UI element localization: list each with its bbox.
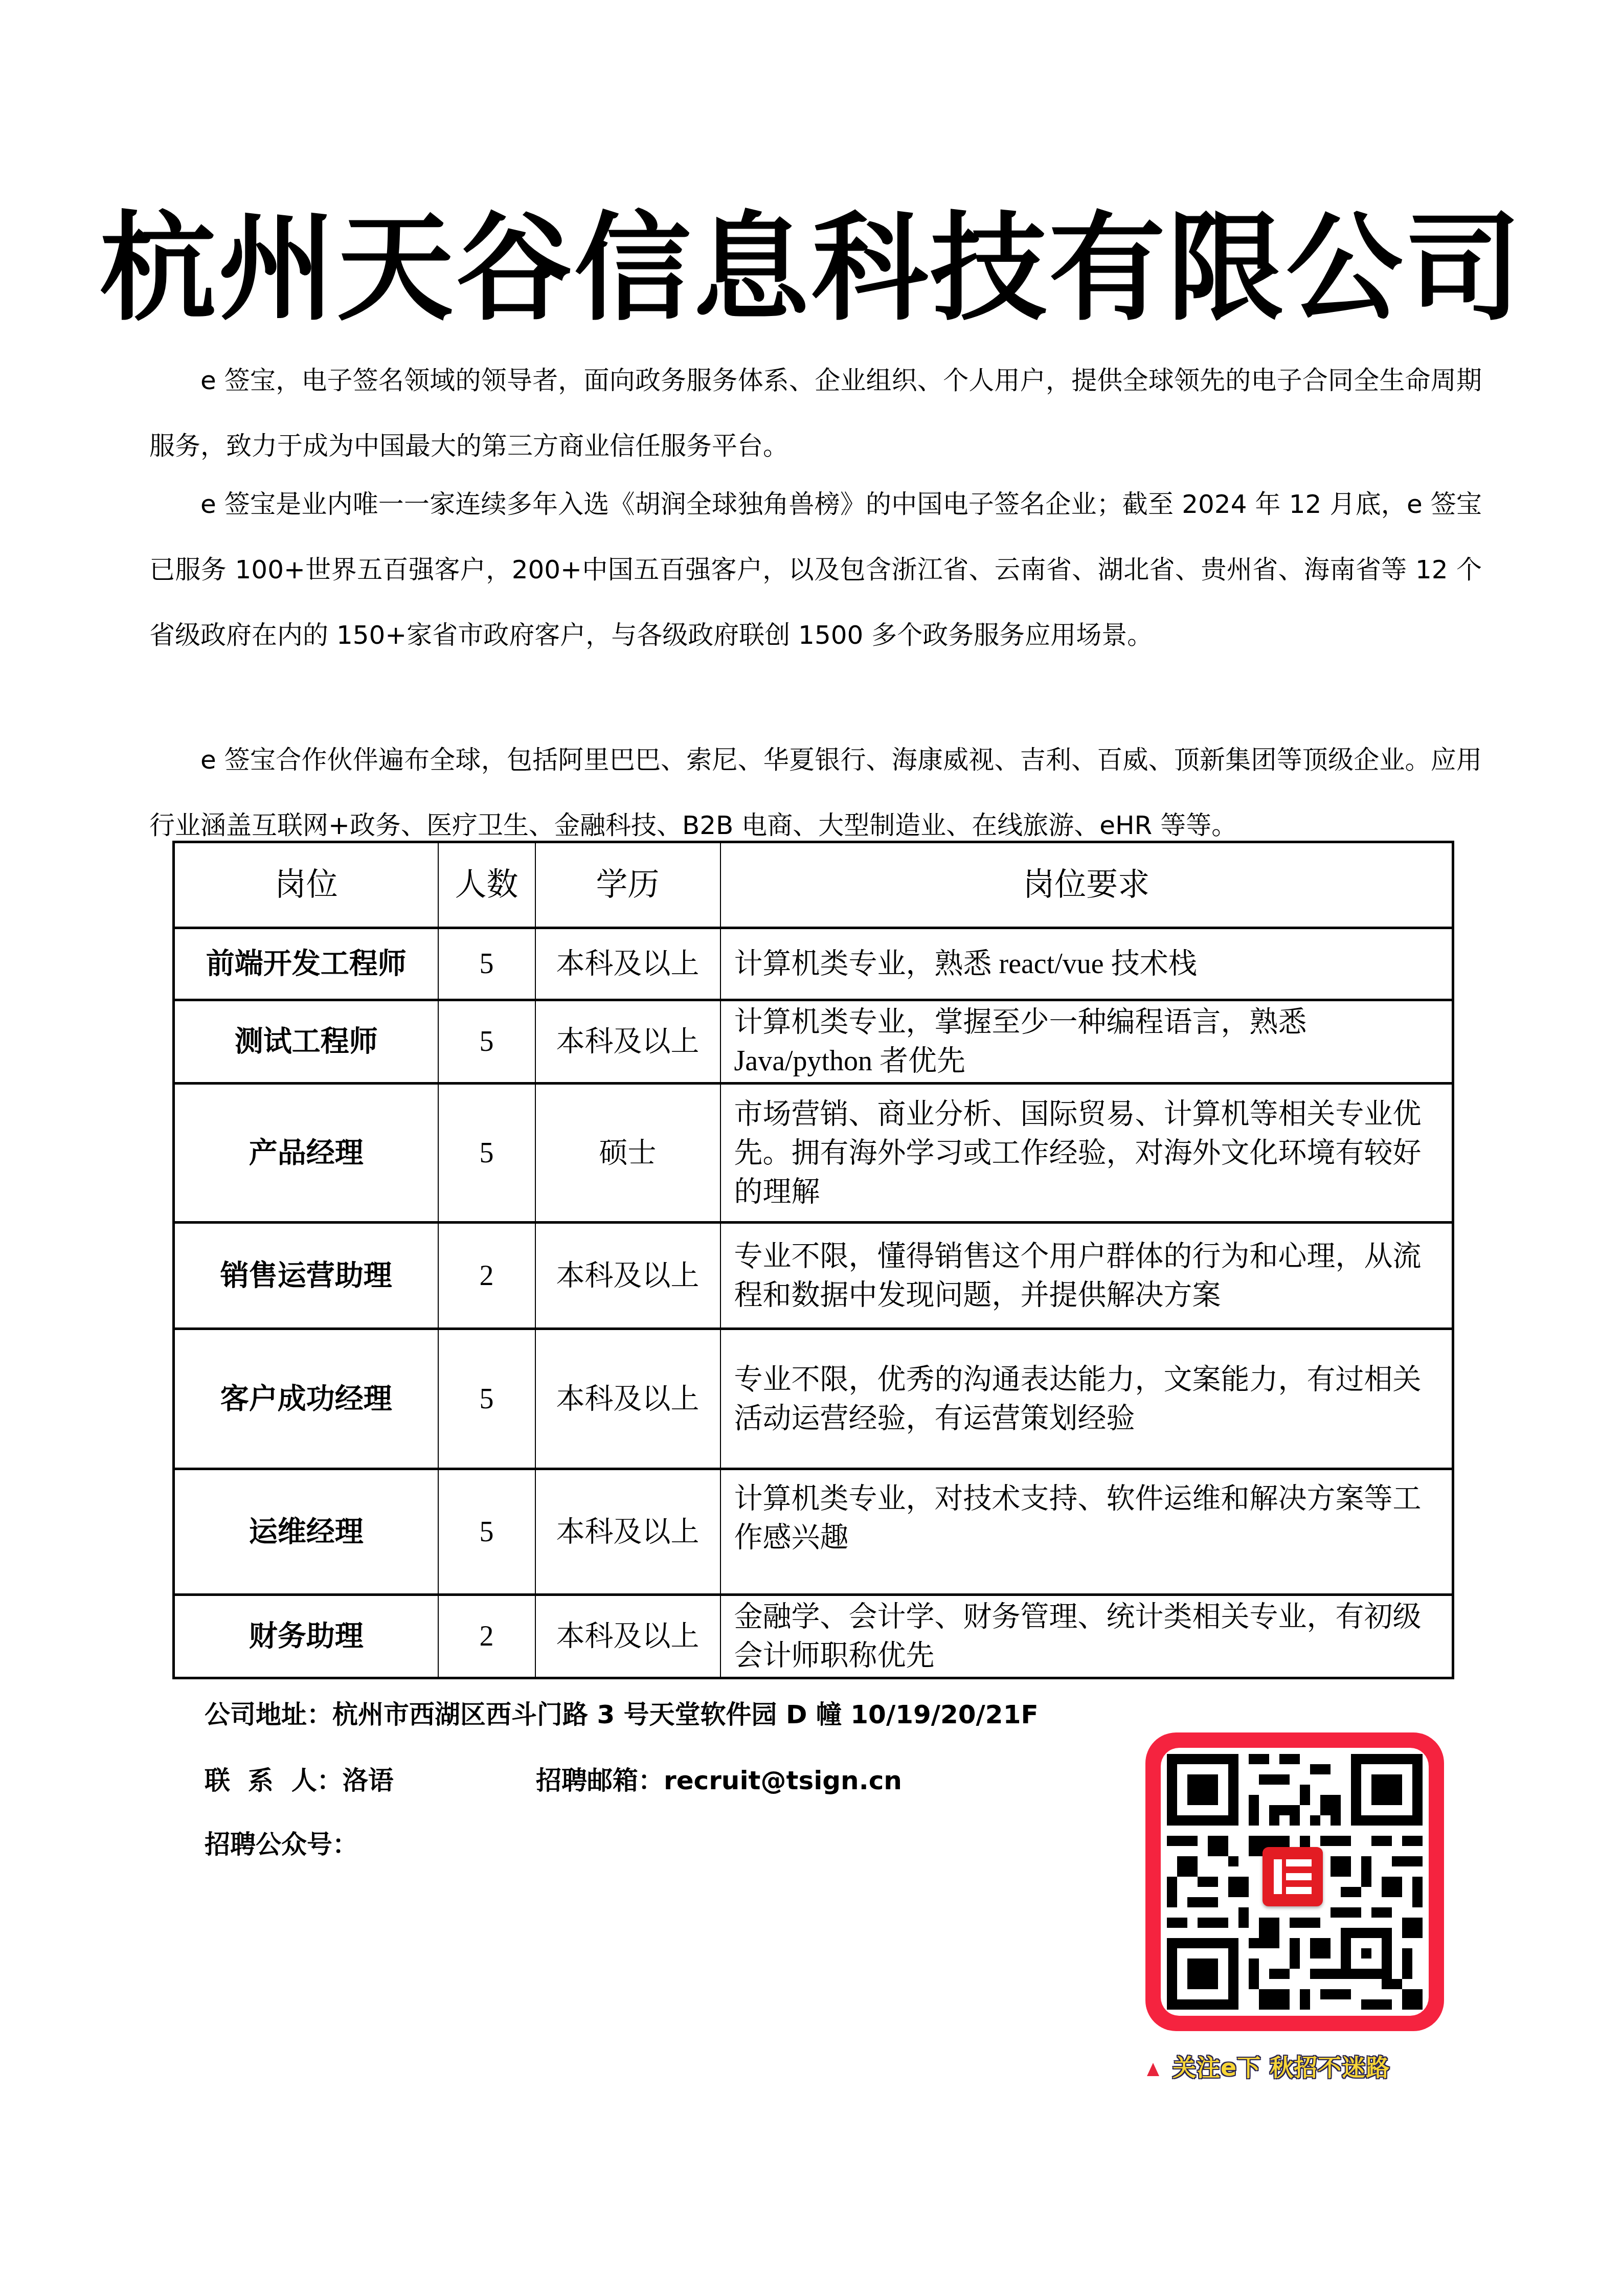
recruit-email[interactable]: 招聘邮箱：recruit@tsign.cn — [536, 1763, 902, 1798]
follow-caption-text: 关注e下 秋招不迷路 — [1173, 2049, 1390, 2083]
cell-requirement: 金融学、会计学、财务管理、统计类相关专业，有初级会计师职称优先 — [720, 1595, 1453, 1678]
cell-count: 5 — [438, 1000, 535, 1084]
cell-education: 本科及以上 — [535, 1000, 720, 1084]
cell-position: 运维经理 — [174, 1469, 438, 1595]
cell-position: 客户成功经理 — [174, 1329, 438, 1469]
table-row: 产品经理 5 硕士 市场营销、商业分析、国际贸易、计算机等相关专业优先。拥有海外… — [174, 1084, 1453, 1223]
cell-requirement: 专业不限，懂得销售这个用户群体的行为和心理，从流程和数据中发现问题，并提供解决方… — [720, 1223, 1453, 1329]
cell-education: 本科及以上 — [535, 1595, 720, 1678]
table-row: 客户成功经理 5 本科及以上 专业不限，优秀的沟通表达能力，文案能力，有过相关活… — [174, 1329, 1453, 1469]
cell-count: 2 — [438, 1595, 535, 1678]
cell-count: 5 — [438, 1469, 535, 1595]
cell-requirement: 市场营销、商业分析、国际贸易、计算机等相关专业优先。拥有海外学习或工作经验，对海… — [720, 1084, 1453, 1223]
cell-position: 产品经理 — [174, 1084, 438, 1223]
esign-logo-icon — [1263, 1847, 1323, 1906]
table-row: 前端开发工程师 5 本科及以上 计算机类专业，熟悉 react/vue 技术栈 — [174, 928, 1453, 1000]
follow-caption: 关注e下 秋招不迷路 — [1147, 2051, 1390, 2081]
cell-count: 5 — [438, 1084, 535, 1223]
cell-education: 本科及以上 — [535, 1223, 720, 1329]
cell-position: 销售运营助理 — [174, 1223, 438, 1329]
header-requirement: 岗位要求 — [720, 842, 1453, 928]
table-row: 销售运营助理 2 本科及以上 专业不限，懂得销售这个用户群体的行为和心理，从流程… — [174, 1223, 1453, 1329]
intro-paragraph-2: e 签宝是业内唯一一家连续多年入选《胡润全球独角兽榜》的中国电子签名企业；截至 … — [149, 471, 1482, 668]
recruit-account-label: 招聘公众号： — [205, 1827, 358, 1862]
cell-requirement: 计算机类专业，熟悉 react/vue 技术栈 — [720, 928, 1453, 1000]
cell-position: 测试工程师 — [174, 1000, 438, 1084]
table-row: 运维经理 5 本科及以上 计算机类专业，对技术支持、软件运维和解决方案等工作感兴… — [174, 1469, 1453, 1595]
table-row: 测试工程师 5 本科及以上 计算机类专业，掌握至少一种编程语言，熟悉 Java/… — [174, 1000, 1453, 1084]
intro-paragraph-3: e 签宝合作伙伴遍布全球，包括阿里巴巴、索尼、华夏银行、海康威视、吉利、百威、顶… — [149, 727, 1482, 858]
table-row: 财务助理 2 本科及以上 金融学、会计学、财务管理、统计类相关专业，有初级会计师… — [174, 1595, 1453, 1678]
cell-education: 本科及以上 — [535, 1329, 720, 1469]
header-count: 人数 — [438, 842, 535, 928]
cell-count: 5 — [438, 1329, 535, 1469]
contact-line: 联 系 人：洛语 招聘邮箱：recruit@tsign.cn — [205, 1763, 394, 1798]
table-header-row: 岗位 人数 学历 岗位要求 — [174, 842, 1453, 928]
qr-code-frame — [1145, 1732, 1444, 2031]
company-title: 杭州天谷信息科技有限公司 — [0, 202, 1623, 335]
triangle-up-icon — [1147, 2063, 1159, 2076]
cell-education: 本科及以上 — [535, 928, 720, 1000]
intro-paragraph-1: e 签宝，电子签名领域的领导者，面向政务服务体系、企业组织、个人用户，提供全球领… — [149, 348, 1482, 479]
cell-education: 硕士 — [535, 1084, 720, 1223]
header-education: 学历 — [535, 842, 720, 928]
qr-code-icon[interactable] — [1161, 1748, 1429, 2016]
company-address: 公司地址：杭州市西湖区西斗门路 3 号天堂软件园 D 幢 10/19/20/21… — [205, 1697, 1039, 1732]
cell-requirement: 专业不限，优秀的沟通表达能力，文案能力，有过相关活动运营经验，有运营策划经验 — [720, 1329, 1453, 1469]
cell-count: 2 — [438, 1223, 535, 1329]
cell-position: 前端开发工程师 — [174, 928, 438, 1000]
jobs-table: 岗位 人数 学历 岗位要求 前端开发工程师 5 本科及以上 计算机类专业，熟悉 … — [172, 841, 1454, 1679]
cell-requirement: 计算机类专业，对技术支持、软件运维和解决方案等工作感兴趣 — [720, 1469, 1453, 1595]
cell-position: 财务助理 — [174, 1595, 438, 1678]
cell-education: 本科及以上 — [535, 1469, 720, 1595]
cell-count: 5 — [438, 928, 535, 1000]
cell-requirement: 计算机类专业，掌握至少一种编程语言，熟悉 Java/python 者优先 — [720, 1000, 1453, 1084]
header-position: 岗位 — [174, 842, 438, 928]
contact-person: 联 系 人：洛语 — [205, 1766, 394, 1795]
